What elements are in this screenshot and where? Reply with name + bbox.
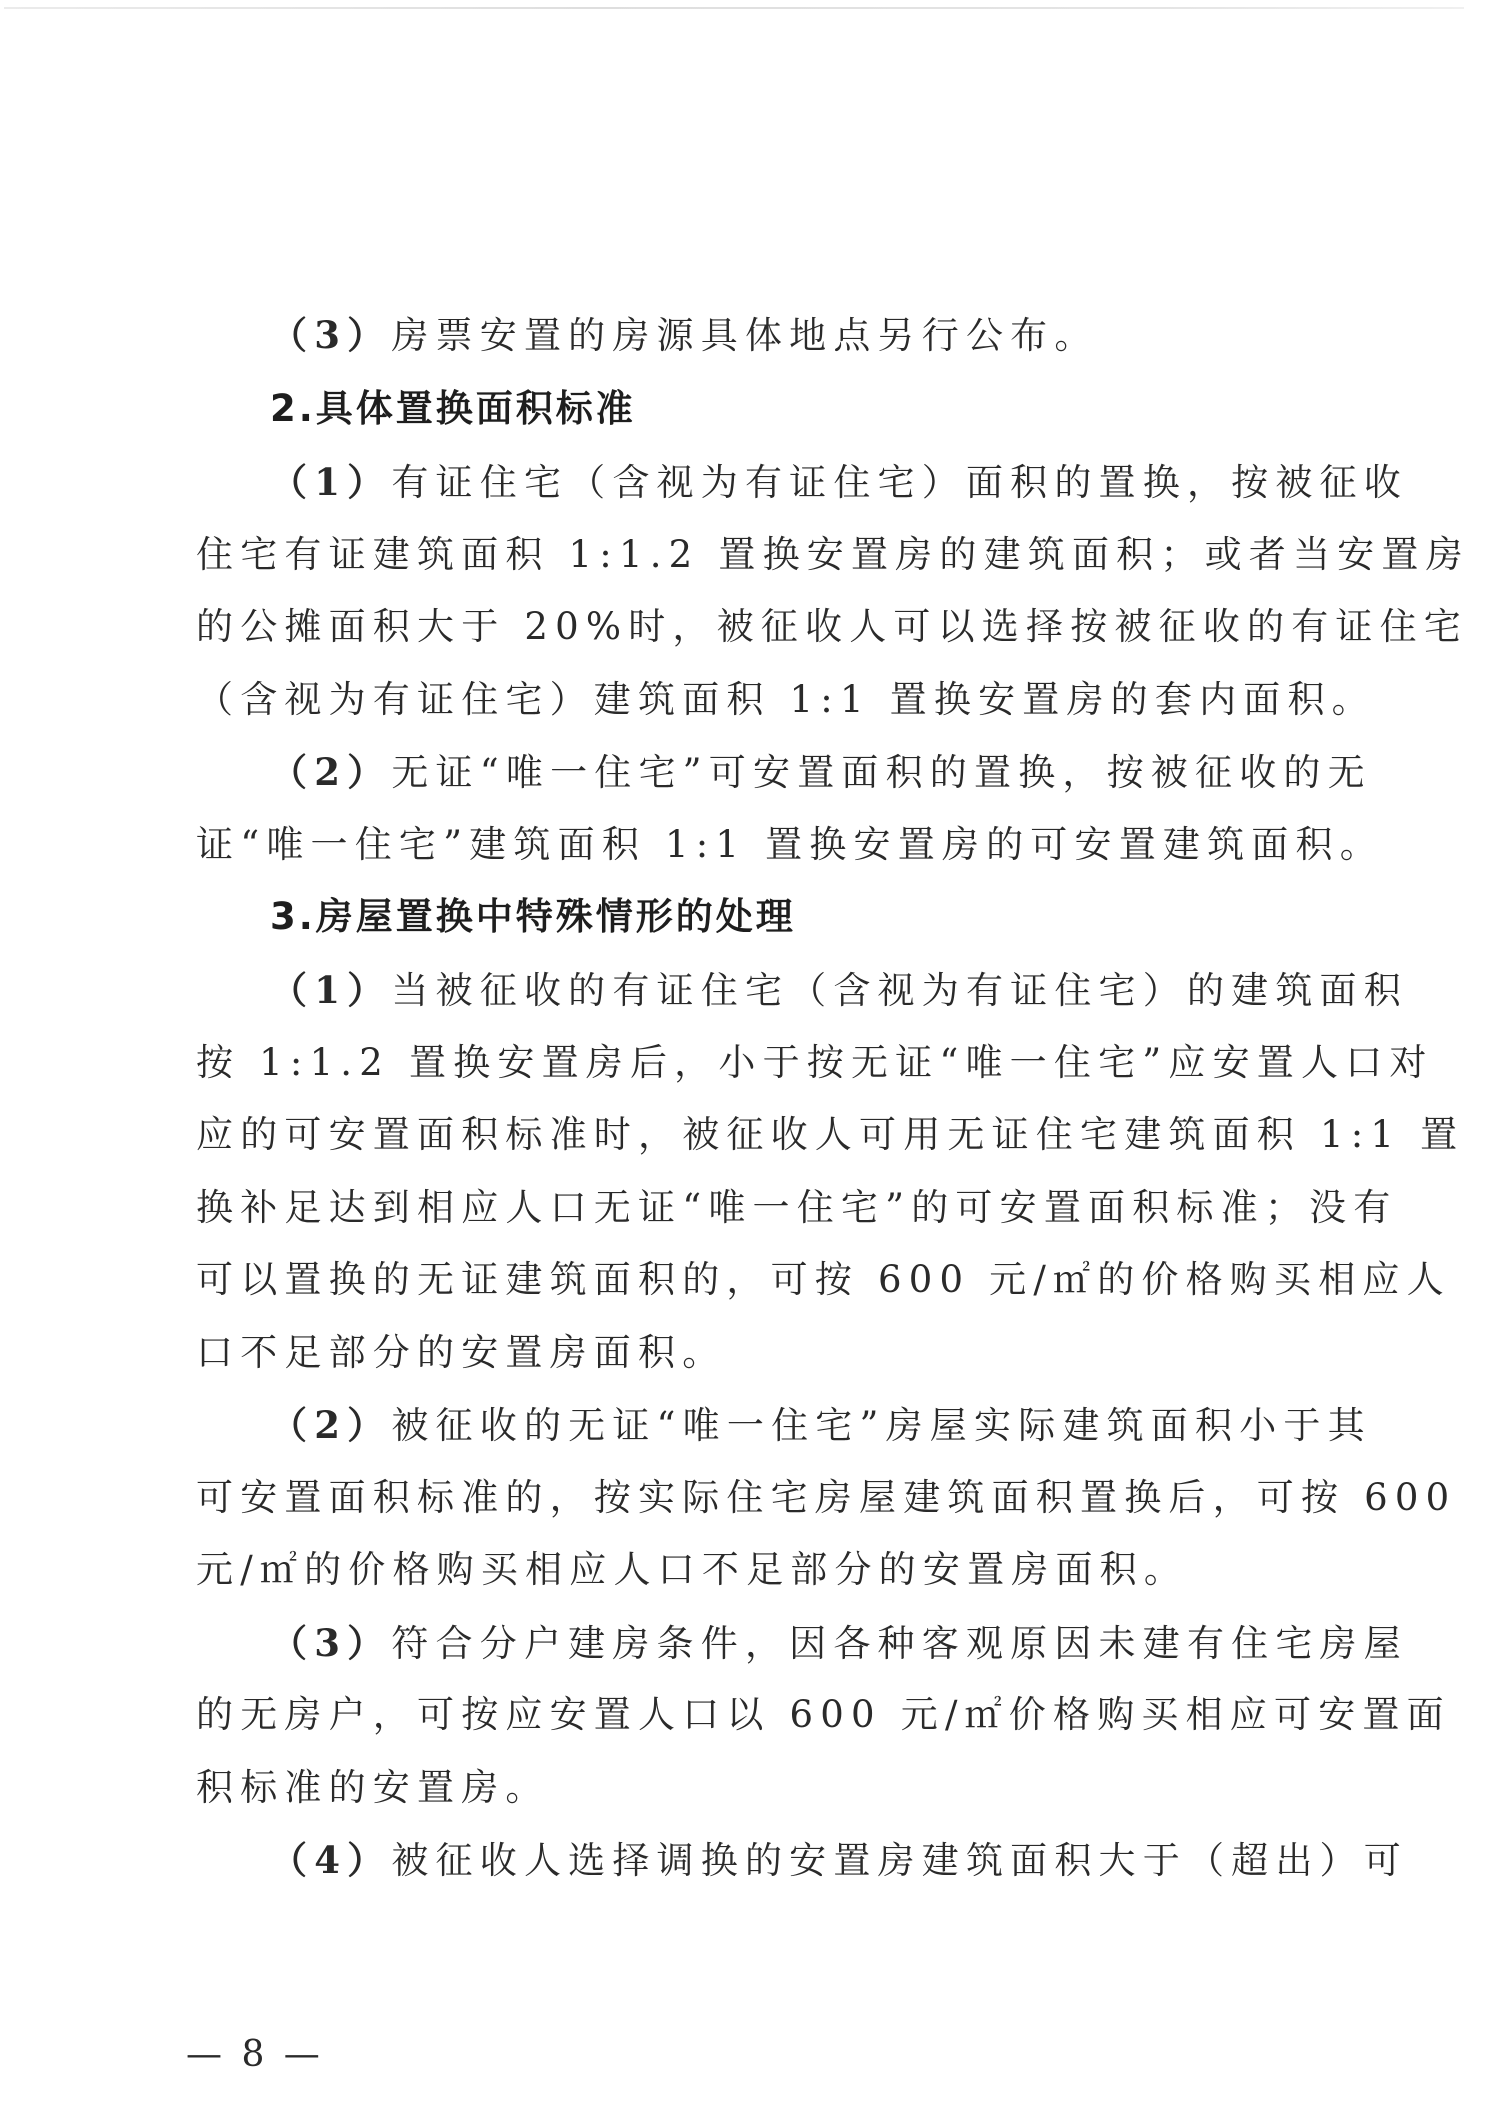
paragraph-line: 住宅有证建筑面积 1:1.2 置换安置房的建筑面积；或者当安置房 — [196, 519, 1306, 591]
paragraph-line: 口不足部分的安置房面积。 — [196, 1317, 1306, 1389]
paragraph-line: 积标准的安置房。 — [196, 1752, 1306, 1824]
line-text: 无证“唯一住宅”可安置面积的置换，按被征收的无 — [391, 751, 1371, 794]
paragraph-line: （3）符合分户建房条件，因各种客观原因未建有住宅房屋 — [270, 1607, 1306, 1679]
paragraph-line: （4）被征收人选择调换的安置房建筑面积大于（超出）可 — [270, 1824, 1306, 1896]
line-text: 当被征收的有证住宅（含视为有证住宅）的建筑面积 — [391, 969, 1408, 1012]
paragraph-line: （1）有证住宅（含视为有证住宅）面积的置换，按被征收 — [270, 446, 1306, 518]
paragraph-line: 应的可安置面积标准时，被征收人可用无证住宅建筑面积 1:1 置 — [196, 1099, 1306, 1171]
item-label: （1） — [270, 460, 391, 504]
section-heading: 2.具体置换面积标准 — [270, 373, 1306, 445]
paragraph-line: （含视为有证住宅）建筑面积 1:1 置换安置房的套内面积。 — [196, 664, 1306, 736]
paragraph-line: 的无房户，可按应安置人口以 600 元/㎡价格购买相应可安置面 — [196, 1679, 1306, 1751]
paragraph-line: 按 1:1.2 置换安置房后，小于按无证“唯一住宅”应安置人口对 — [196, 1027, 1306, 1099]
item-label: （2） — [270, 750, 391, 794]
paragraph-line: 换补足达到相应人口无证“唯一住宅”的可安置面积标准；没有 — [196, 1172, 1306, 1244]
item-label: （3） — [270, 313, 391, 357]
line-text: 被征收的无证“唯一住宅”房屋实际建筑面积小于其 — [391, 1404, 1371, 1447]
line-text: 有证住宅（含视为有证住宅）面积的置换，按被征收 — [391, 461, 1408, 504]
paragraph-line: （2）被征收的无证“唯一住宅”房屋实际建筑面积小于其 — [270, 1389, 1306, 1461]
paragraph-line: 证“唯一住宅”建筑面积 1:1 置换安置房的可安置建筑面积。 — [196, 809, 1306, 881]
document-page: （3）房票安置的房源具体地点另行公布。 2.具体置换面积标准 （1）有证住宅（含… — [0, 0, 1488, 2104]
item-label: （3） — [270, 1621, 391, 1665]
paragraph-line: （1）当被征收的有证住宅（含视为有证住宅）的建筑面积 — [270, 954, 1306, 1026]
paragraph-line: 的公摊面积大于 20%时，被征收人可以选择按被征收的有证住宅 — [196, 591, 1306, 663]
paragraph-line: 元/㎡的价格购买相应人口不足部分的安置房面积。 — [196, 1534, 1306, 1606]
line-text: 被征收人选择调换的安置房建筑面积大于（超出）可 — [391, 1839, 1408, 1882]
paragraph-line: 可安置面积标准的，按实际住宅房屋建筑面积置换后，可按 600 — [196, 1462, 1306, 1534]
paragraph-line: 可以置换的无证建筑面积的，可按 600 元/㎡的价格购买相应人 — [196, 1244, 1306, 1316]
item-label: （4） — [270, 1838, 391, 1882]
line-text: 房票安置的房源具体地点另行公布。 — [391, 314, 1098, 357]
line-text: 符合分户建房条件，因各种客观原因未建有住宅房屋 — [391, 1622, 1408, 1665]
page-number: — 8 — — [186, 2030, 324, 2080]
paragraph-line: （2）无证“唯一住宅”可安置面积的置换，按被征收的无 — [270, 736, 1306, 808]
item-label: （1） — [270, 968, 391, 1012]
section-heading: 3.房屋置换中特殊情形的处理 — [270, 881, 1306, 953]
item-label: （2） — [270, 1403, 391, 1447]
paragraph-line: （3）房票安置的房源具体地点另行公布。 — [270, 299, 1306, 371]
